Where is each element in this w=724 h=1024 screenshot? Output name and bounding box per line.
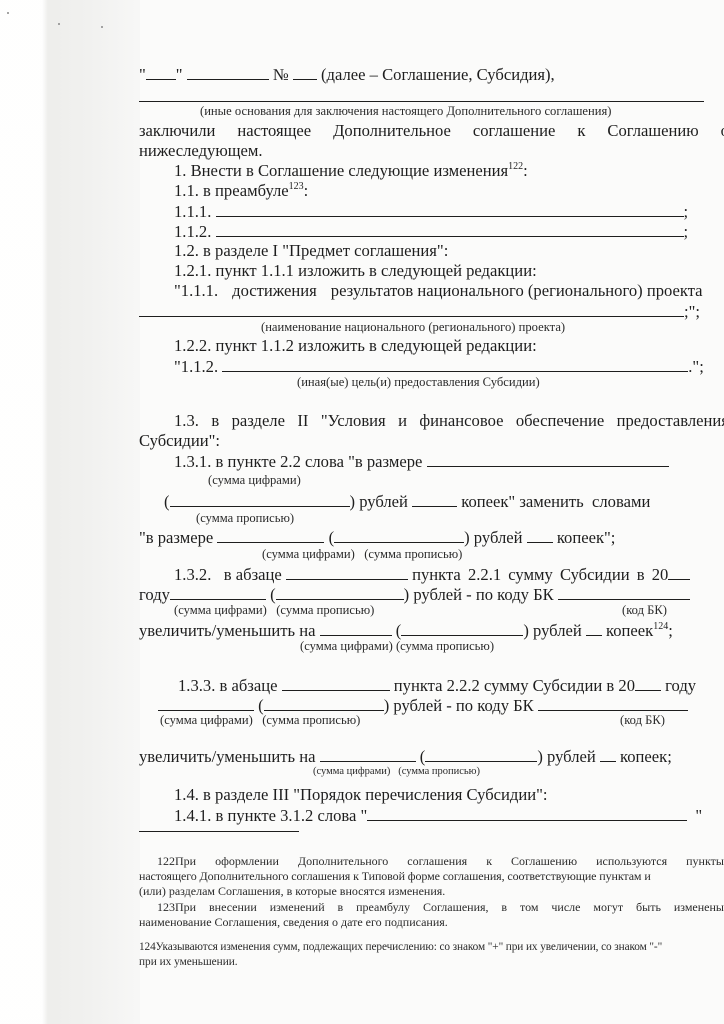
concluded-line-end: нижеследующем. (139, 141, 263, 161)
year-amount-line: году () рублей - по коду БК (139, 584, 690, 605)
year-amount-digits-blank[interactable] (170, 584, 266, 600)
item-label: 1.3.2. (174, 565, 211, 584)
paragraph-blank-2[interactable] (282, 675, 390, 691)
year-amount-words-blank[interactable] (276, 584, 404, 600)
word: предоставления (617, 411, 724, 431)
word: 122При (157, 854, 196, 869)
kop-text: копеек"; (557, 528, 616, 547)
rub-text: ) рублей (523, 621, 581, 640)
sum-digits-caption: (сумма цифрами) (208, 473, 301, 488)
punct: ; (684, 222, 689, 241)
agreement-number-blank[interactable] (293, 64, 317, 80)
year-amount-digits-blank-2[interactable] (158, 695, 254, 711)
amount-words-blank[interactable] (170, 491, 350, 507)
word: "Условия (321, 411, 386, 431)
item-1-3-1: 1.3.1. в пункте 2.2 слова "в размере (174, 451, 669, 472)
item-text: 1.3.3. в абзаце (178, 676, 277, 695)
number-sign: № (273, 65, 289, 84)
item-label: 1.1.2. (174, 222, 211, 241)
year-blank[interactable] (668, 564, 690, 580)
project-name-line: ;"; (139, 301, 700, 322)
year-blank-2[interactable] (635, 675, 661, 691)
item-1-3: 1.3. в разделе II "Условия и финансовое … (174, 411, 724, 431)
footnote-separator (139, 831, 299, 832)
item-label: "1.1.2. (174, 357, 218, 376)
punct: ."; (688, 357, 704, 376)
item-1-1-1: 1.1.1. ; (174, 201, 688, 222)
replace-amount-line: () рублей копеек" заменить словами (164, 491, 650, 512)
item-1-4-1: 1.4.1. в пункте 3.1.2 слова "" (174, 805, 702, 826)
change-digits-blank-2[interactable] (320, 746, 416, 762)
sum-digits-caption: (сумма цифрами) (313, 766, 390, 777)
sum-words-caption: (сумма прописью) (398, 766, 480, 777)
new-amount-digits-blank[interactable] (217, 527, 324, 543)
other-grounds-blank[interactable] (139, 101, 704, 102)
word: II (297, 411, 308, 431)
rub-text: ) рублей (350, 492, 408, 511)
word: финансовое (419, 411, 503, 431)
other-goal-caption: (иная(ые) цель(и) предоставления Субсиди… (297, 375, 540, 390)
item-1-2-2: 1.2.2. пункт 1.1.2 изложить в следующей … (174, 336, 537, 356)
change-digits-blank[interactable] (320, 620, 392, 636)
sum-words-caption: (сумма прописью) (276, 603, 374, 617)
footnote-122-line2: настоящего Дополнительного соглашения к … (139, 869, 651, 884)
kop-text: копеек; (620, 747, 672, 766)
word: и (398, 411, 407, 431)
item-text: 1. Внести в Соглашение следующие изменен… (174, 161, 508, 180)
quote-1-1-2: "1.1.2. ."; (174, 356, 704, 377)
word: быть (636, 900, 661, 915)
sum-digits-caption: (сумма цифрами) (262, 547, 355, 561)
footnote-123: 123При внесении изменений в преамбулу Со… (157, 900, 724, 915)
document-page: "" № (далее – Соглашение, Субсидия), (ин… (0, 0, 724, 1024)
increase-decrease-line-2: увеличить/уменьшить на () рублей копеек; (139, 746, 672, 767)
item-text: увеличить/уменьшить на (139, 747, 315, 766)
item-1: 1. Внести в Соглашение следующие изменен… (174, 161, 528, 181)
word: Соглашения, (423, 900, 489, 915)
quote-1-1-1: "1.1.1. достижения результатов националь… (174, 281, 724, 301)
word: в (211, 411, 219, 431)
word: внесении (209, 900, 257, 915)
word: обеспечение (516, 411, 604, 431)
change-captions-2: (сумма цифрами) (сумма прописью) (313, 765, 480, 778)
project-name-blank[interactable] (139, 301, 684, 317)
sum-words-caption: (сумма прописью) (364, 547, 462, 561)
word: числе (551, 900, 580, 915)
agreement-alias-text: (далее – Соглашение, Субсидия), (321, 65, 555, 84)
word: оформлении (215, 854, 279, 869)
item-1-1-2: 1.1.2. ; (174, 221, 688, 242)
footnote-124-line2: при их уменьшении. (139, 955, 238, 970)
project-name-caption: (наименование национального (регионально… (261, 320, 565, 335)
word: соглашение (473, 121, 556, 141)
item-1-1-1-blank[interactable] (216, 201, 684, 217)
new-amount-captions: (сумма цифрами) (сумма прописью) (262, 547, 462, 562)
quote-mark: " (695, 806, 702, 825)
word: Дополнительного (298, 854, 388, 869)
item-text: в абзаце (224, 565, 282, 584)
month-blank[interactable] (187, 64, 269, 80)
agreement-date-number-line: "" № (далее – Соглашение, Субсидия), (139, 64, 555, 85)
sum-words-caption: (сумма прописью) (262, 713, 360, 727)
change-words-blank[interactable] (401, 620, 523, 636)
year-amount-captions: (сумма цифрами) (сумма прописью) (174, 603, 374, 618)
rub-text: ) рублей (464, 528, 522, 547)
word: результатов национального (регионального… (331, 281, 703, 301)
word: в (338, 900, 344, 915)
word: к (577, 121, 585, 141)
item-text: году (665, 676, 696, 695)
punct: ;"; (684, 302, 700, 321)
word: Соглашению (511, 854, 577, 869)
word: преамбулу (356, 900, 410, 915)
item-label: 1.3. (174, 411, 199, 431)
word: в (501, 900, 507, 915)
footnote-122: 122При оформлении Дополнительного соглаш… (157, 854, 724, 869)
item-text: пункта 2.2.1 сумму Субсидии в 20 (412, 565, 668, 584)
item-1-3-3: 1.3.3. в абзаце пункта 2.2.2 сумму Субси… (178, 675, 696, 696)
bk-code-blank[interactable] (558, 584, 690, 600)
punct: : (304, 181, 309, 200)
punct: ; (668, 621, 673, 640)
item-1-4: 1.4. в разделе III "Порядок перечисления… (174, 785, 547, 805)
change-words-blank-2[interactable] (425, 746, 537, 762)
change-kopecks-blank-2[interactable] (600, 746, 616, 762)
word: изменены (674, 900, 724, 915)
item-1-3-2: 1.3.2. в абзаце пункта 2.2.1 сумму Субси… (174, 564, 690, 585)
sum-digits-caption: (сумма цифрами) (174, 603, 267, 617)
word: к (486, 854, 492, 869)
item-1-2: 1.2. в разделе I "Предмет соглашения": (174, 241, 448, 261)
word: Соглашению (607, 121, 698, 141)
word: могут (593, 900, 623, 915)
increase-decrease-line: увеличить/уменьшить на () рублей копеек1… (139, 620, 673, 641)
new-kopecks-blank[interactable] (527, 527, 553, 543)
word: 123При (157, 900, 196, 915)
item-1-1: 1.1. в преамбуле123: (174, 181, 308, 201)
concluded-line: заключили настоящее Дополнительное согла… (139, 121, 724, 141)
punct: ; (684, 202, 689, 221)
footnote-ref-123[interactable]: 123 (289, 181, 304, 192)
item-1-3-end: Субсидии": (139, 431, 220, 451)
bk-code-caption: (код БК) (622, 603, 667, 618)
item-text: году (139, 585, 170, 604)
day-blank[interactable] (146, 64, 176, 80)
item-text: "в размере (139, 528, 213, 547)
sum-words-caption: (сумма прописью) (396, 639, 494, 653)
item-label: 1.1.1. (174, 202, 211, 221)
item-text: 1.4.1. в пункте 3.1.2 слова " (174, 806, 367, 825)
year-amount-captions-2: (сумма цифрами) (сумма прописью) (160, 713, 360, 728)
rub-text: ) рублей - по коду БК (384, 696, 534, 715)
word: изменений (270, 900, 325, 915)
word: используются (596, 854, 667, 869)
quote-mark: " (139, 65, 146, 84)
punct: : (523, 161, 528, 180)
kop-text: копеек (606, 621, 653, 640)
footnote-124: 124Указываются изменения сумм, подлежащи… (139, 940, 662, 955)
item-1-2-1: 1.2.1. пункт 1.1.1 изложить в следующей … (174, 261, 537, 281)
sum-words-caption: (сумма прописью) (196, 511, 294, 526)
rub-text: ) рублей - по коду БК (404, 585, 554, 604)
amount-digits-blank[interactable] (427, 451, 669, 467)
rub-text: ) рублей (537, 747, 595, 766)
new-amount-line: "в размере () рублей копеек"; (139, 527, 615, 548)
item-1-1-2-blank[interactable] (216, 221, 684, 237)
item-text: увеличить/уменьшить на (139, 621, 315, 640)
words-blank[interactable] (367, 805, 687, 821)
item-text: 1.1. в преамбуле (174, 181, 289, 200)
sum-digits-caption: (сумма цифрами) (300, 639, 393, 653)
new-amount-words-blank[interactable] (334, 527, 464, 543)
item-text: пункта 2.2.2 сумму Субсидии в 20 (394, 676, 635, 695)
footnote-ref-122[interactable]: 122 (508, 161, 523, 172)
bk-code-caption-2: (код БК) (620, 713, 665, 728)
footnote-122-line3: (или) разделам Соглашения, в которые вно… (139, 884, 445, 899)
other-grounds-caption: (иные основания для заключения настоящег… (200, 104, 611, 119)
word: Дополнительное (333, 121, 451, 141)
item-label: "1.1.1. (174, 281, 218, 301)
word: о (721, 121, 724, 141)
paragraph-blank[interactable] (286, 564, 408, 580)
quote-mark: " (176, 65, 183, 84)
other-goal-blank[interactable] (222, 356, 688, 372)
sum-digits-caption: (сумма цифрами) (160, 713, 253, 727)
word: разделе (232, 411, 285, 431)
item-text: 1.3.1. в пункте 2.2 слова "в размере (174, 452, 422, 471)
word: словами (592, 492, 650, 511)
kopecks-blank[interactable] (412, 491, 457, 507)
bk-code-blank-2[interactable] (538, 695, 688, 711)
word: пункты (686, 854, 724, 869)
word: настоящее (237, 121, 311, 141)
footnote-ref-124[interactable]: 124 (653, 621, 668, 632)
year-amount-words-blank-2[interactable] (264, 695, 384, 711)
footnote-123-line2: наименование Соглашения, сведения о дате… (139, 915, 448, 930)
word: заключили (139, 121, 215, 141)
change-captions: (сумма цифрами) (сумма прописью) (300, 639, 494, 654)
word: соглашения (407, 854, 467, 869)
change-kopecks-blank[interactable] (586, 620, 602, 636)
kop-text: копеек" заменить (461, 492, 583, 511)
word: том (520, 900, 538, 915)
word: достижения (232, 281, 317, 301)
